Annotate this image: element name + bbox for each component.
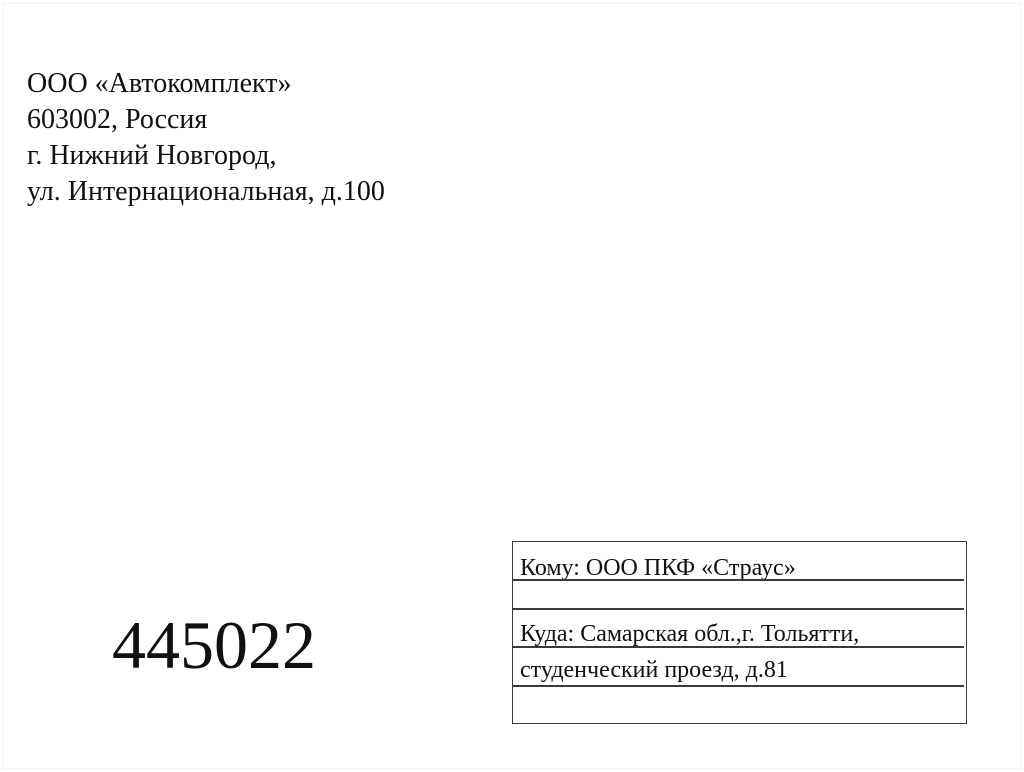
box-divider bbox=[513, 646, 964, 648]
sender-street: ул. Интернациональная, д.100 bbox=[27, 174, 385, 210]
recipient-address-line-2: студенческий проезд, д.81 bbox=[520, 656, 788, 684]
sender-city: г. Нижний Новгород, bbox=[27, 138, 385, 174]
recipient-address-line-1: Куда: Самарская обл.,г. Тольятти, bbox=[520, 620, 859, 648]
recipient-address-box: Кому: ООО ПКФ «Страус» Куда: Самарская о… bbox=[512, 541, 967, 724]
recipient-to-line: Кому: ООО ПКФ «Страус» bbox=[520, 554, 796, 582]
postal-code: 445022 bbox=[112, 605, 316, 685]
sender-company: ООО «Автокомплект» bbox=[27, 66, 385, 102]
sender-address: ООО «Автокомплект» 603002, Россия г. Ниж… bbox=[27, 66, 385, 210]
sender-postcode-country: 603002, Россия bbox=[27, 102, 385, 138]
box-divider bbox=[513, 685, 964, 687]
box-divider bbox=[513, 608, 964, 610]
box-divider bbox=[513, 579, 964, 581]
